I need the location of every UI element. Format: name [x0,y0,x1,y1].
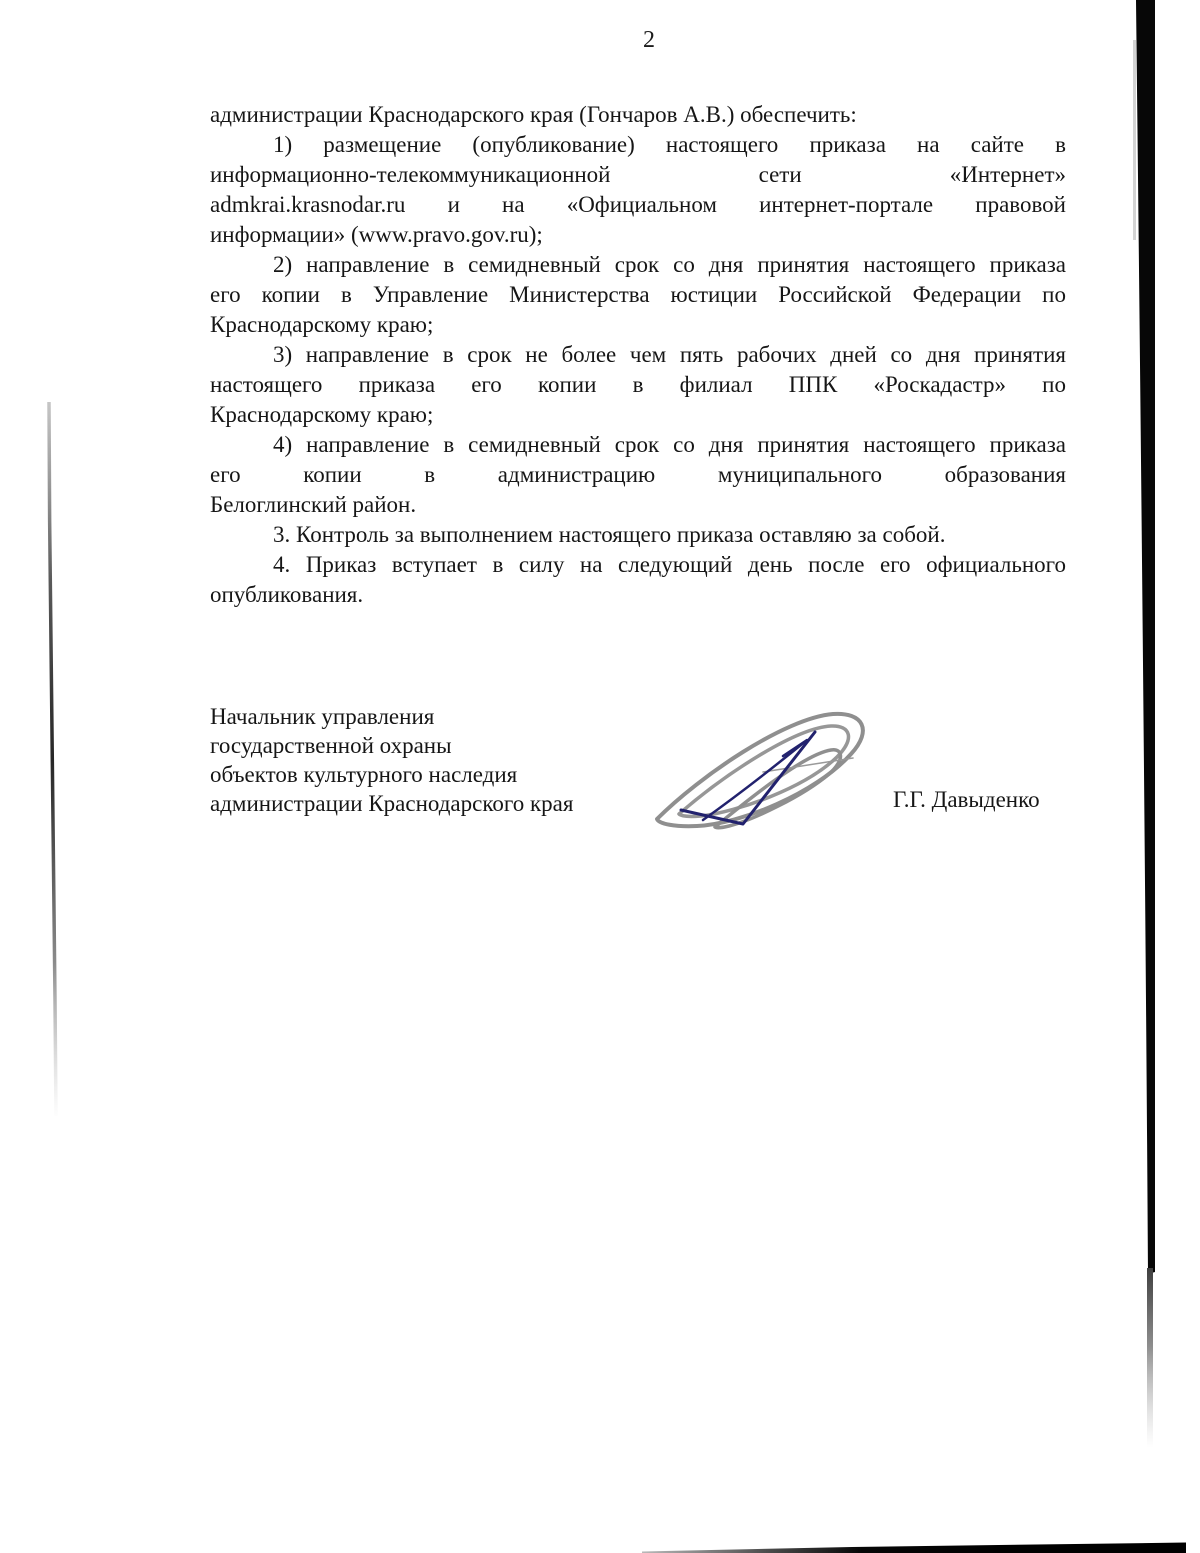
scan-artifact-right-bar-tail [1147,1268,1153,1448]
text-line: 1) размещение (опубликование) настоящего… [210,130,1066,160]
document-body: администрации Краснодарского края (Гонча… [210,100,1066,610]
text-line: Начальник управления [210,702,710,731]
text-line: 3) направление в срок не более чем пять … [210,340,1066,370]
text-line: 3. Контроль за выполнением настоящего пр… [210,520,1066,550]
text-line: объектов культурного наследия [210,760,710,789]
signer-name: Г.Г. Давыденко [893,786,1040,814]
text-line: информации» (www.pravo.gov.ru); [210,220,1066,250]
text-line: его копии в Управление Министерства юсти… [210,280,1066,310]
text-line: его копии в администрацию муниципального… [210,460,1066,490]
handwritten-signature-icon [645,706,883,832]
text-line: 2) направление в семидневный срок со дня… [210,250,1066,280]
text-line: Краснодарскому краю; [210,310,1066,340]
text-line: администрации Краснодарского края (Гонча… [210,100,1066,130]
text-line: администрации Краснодарского края [210,789,710,818]
text-line: информационно-телекоммуникационной сети … [210,160,1066,190]
scan-artifact-bottom-wedge [642,1543,1186,1553]
scan-artifact-right-bar-fringe [1133,40,1136,240]
text-line: Белоглинский район. [210,490,1066,520]
signature-title-block: Начальник управлениягосударственной охра… [210,702,710,818]
text-line: Краснодарскому краю; [210,400,1066,430]
text-line: опубликования. [210,580,1066,610]
scanned-document-page: 2 администрации Краснодарского края (Гон… [0,0,1200,1553]
text-line: государственной охраны [210,731,710,760]
scan-artifact-left-line [49,402,56,1116]
text-line: 4. Приказ вступает в силу на следующий д… [210,550,1066,580]
page-number: 2 [604,26,694,54]
scan-artifact-right-bar [1136,0,1155,1274]
text-line: admkrai.krasnodar.ru и на «Официальном и… [210,190,1066,220]
text-line: 4) направление в семидневный срок со дня… [210,430,1066,460]
text-line: настоящего приказа его копии в филиал ПП… [210,370,1066,400]
